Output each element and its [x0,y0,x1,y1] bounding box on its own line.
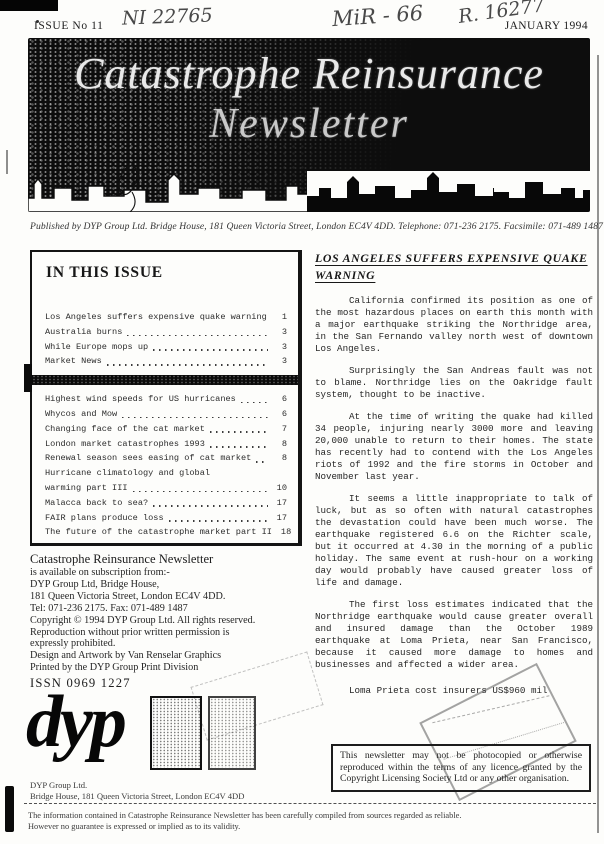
scan-edge-line [597,55,599,833]
toc-item: Los Angeles suffers expensive quake warn… [45,310,287,325]
in-this-issue-box: IN THIS ISSUE Los Angeles suffers expens… [30,250,302,546]
logo-texture-box [208,696,256,770]
subscription-line: is available on subscription from:- [30,567,315,579]
publisher-address-line: Bridge House, 181 Queen Victoria Street,… [30,791,244,802]
footer-disclaimer: The information contained in Catastrophe… [28,810,600,832]
subscription-line: Tel: 071-236 2175. Fax: 071-489 1487 [30,603,315,615]
article-headline: LOS ANGELES SUFFERS EXPENSIVE QUAKE WARN… [315,250,593,283]
subscription-line: Design and Artwork by Van Renselar Graph… [30,650,315,662]
published-by-line: Published by DYP Group Ltd. Bridge House… [30,221,595,232]
toc-item: Hurricane climatology and global [45,466,287,481]
toc-item-page: 6 [272,392,287,407]
masthead-banner: Catastrophe Reinsurance Newsletter [28,38,590,212]
toc-item-label: Whycos and Mow [45,407,117,422]
article-paragraph: Loma Prieta cost insurers US$960 mil [315,685,593,697]
toc-item-label: warming part III [45,481,128,496]
toc-item-page: 3 [272,325,287,340]
toc-item: London market catastrophes 1993 8 [45,437,287,452]
toc-item-page: 17 [272,496,287,511]
toc-item-label: Los Angeles suffers expensive quake warn… [45,310,267,325]
toc-item-page: 3 [272,340,287,355]
toc-item-page: 10 [272,481,287,496]
subscription-line: Copyright © 1994 DYP Group Ltd. All righ… [30,615,315,627]
toc-item: While Europe mops up 3 [45,340,287,355]
toc-item-label: The future of the catastrophe market par… [45,525,272,540]
subscription-line: Catastrophe Reinsurance Newsletter [30,552,315,566]
issue-date: JANUARY 1994 [505,20,588,32]
toc-item-label: Hurricane climatology and global [45,466,210,481]
toc-item-label: Highest wind speeds for US hurricanes [45,392,236,407]
toc-item-page: 8 [272,451,287,466]
logo-texture-box [150,696,202,770]
newsletter-title-line2: Newsletter [28,100,590,148]
dot-leader [256,461,268,463]
scan-edge-tick [6,150,8,174]
subscription-line: 181 Queen Victoria Street, London EC4V 4… [30,591,315,603]
toc-item-label: London market catastrophes 1993 [45,437,205,452]
toc-item-page: 7 [272,422,287,437]
dot-leader [210,446,268,448]
dot-leader [210,431,268,433]
toc-item: FAIR plans produce loss 17 [45,511,287,526]
copyright-notice-box: This newsletter may not be photocopied o… [331,744,591,792]
scan-ink-blob [5,786,14,832]
publisher-address: DYP Group Ltd. Bridge House, 181 Queen V… [30,780,244,801]
article-paragraph: The first loss estimates indicated that … [315,599,593,671]
dot-leader [169,520,268,522]
toc-item: warming part III 10 [45,481,287,496]
article-paragraph: California confirmed its position as one… [315,295,593,355]
toc-item-page: 18 [281,525,291,540]
publisher-address-line: DYP Group Ltd. [30,780,244,791]
toc-item: Renewal season sees easing of cat market… [45,451,287,466]
footer-disclaimer-line: However no guarantee is expressed or imp… [28,821,600,832]
handwritten-annotation: MiR - 66 [331,1,424,31]
toc-item-page: 8 [272,437,287,452]
scan-corner-mark [0,0,58,11]
toc-item: Highest wind speeds for US hurricanes 6 [45,392,287,407]
toc-title: IN THIS ISSUE [46,264,298,282]
issue-number: ISSUE No 11 [34,20,103,32]
subscription-block: Catastrophe Reinsurance Newsletter is av… [30,552,315,674]
dot-leader [153,349,268,351]
toc-item-label: Australia burns [45,325,122,340]
toc-item-page: 1 [276,310,287,325]
footer-disclaimer-line: The information contained in Catastrophe… [28,810,600,821]
toc-item: Malacca back to sea? 17 [45,496,287,511]
article-paragraph: At the time of writing the quake had kil… [315,411,593,483]
dot-leader [122,417,268,419]
toc-item: Market News 3 [45,354,287,369]
toc-item: The future of the catastrophe market par… [45,525,287,540]
toc-item-label: While Europe mops up [45,340,148,355]
handwritten-annotation: NI 22765 [122,4,213,29]
scan-ink-blob [24,364,32,392]
dyp-logo: dyp [26,682,124,762]
dot-leader [215,476,268,478]
city-skyline-illustration [28,164,590,212]
toc-item-page: 6 [272,407,287,422]
toc-item-label: Market News [45,354,102,369]
toc-section-1: Los Angeles suffers expensive quake warn… [32,310,298,369]
toc-item-label: Malacca back to sea? [45,496,148,511]
dot-leader [133,491,268,493]
article-paragraph: It seems a little inappropriate to talk … [315,493,593,589]
article-paragraph: Surprisingly the San Andreas fault was n… [315,365,593,401]
lead-article: LOS ANGELES SUFFERS EXPENSIVE QUAKE WARN… [315,250,593,707]
subscription-line: expressly prohibited. [30,638,315,650]
toc-item-label: FAIR plans produce loss [45,511,164,526]
footer-dashed-rule [24,803,596,804]
newsletter-title-line1: Catastrophe Reinsurance [28,48,590,99]
toc-item-label: Renewal season sees easing of cat market [45,451,251,466]
newsletter-page: ISSUE No 11 NI 22765 MiR - 66 R. 16277 J… [0,0,604,844]
dot-leader [153,505,268,507]
publisher-logo-area: dyp [26,690,326,782]
toc-item-page: 3 [272,354,287,369]
toc-divider-bar [32,375,298,385]
dot-leader [241,402,268,404]
toc-item-label: Changing face of the cat market [45,422,205,437]
subscription-line: Reproduction without prior written permi… [30,627,315,639]
toc-item: Whycos and Mow 6 [45,407,287,422]
toc-section-2: Highest wind speeds for US hurricanes 6 … [32,392,298,540]
subscription-line: DYP Group Ltd, Bridge House, [30,579,315,591]
toc-item-page: 17 [272,511,287,526]
dot-leader [107,364,268,366]
toc-item: Australia burns 3 [45,325,287,340]
toc-item: Changing face of the cat market 7 [45,422,287,437]
dot-leader [127,335,268,337]
